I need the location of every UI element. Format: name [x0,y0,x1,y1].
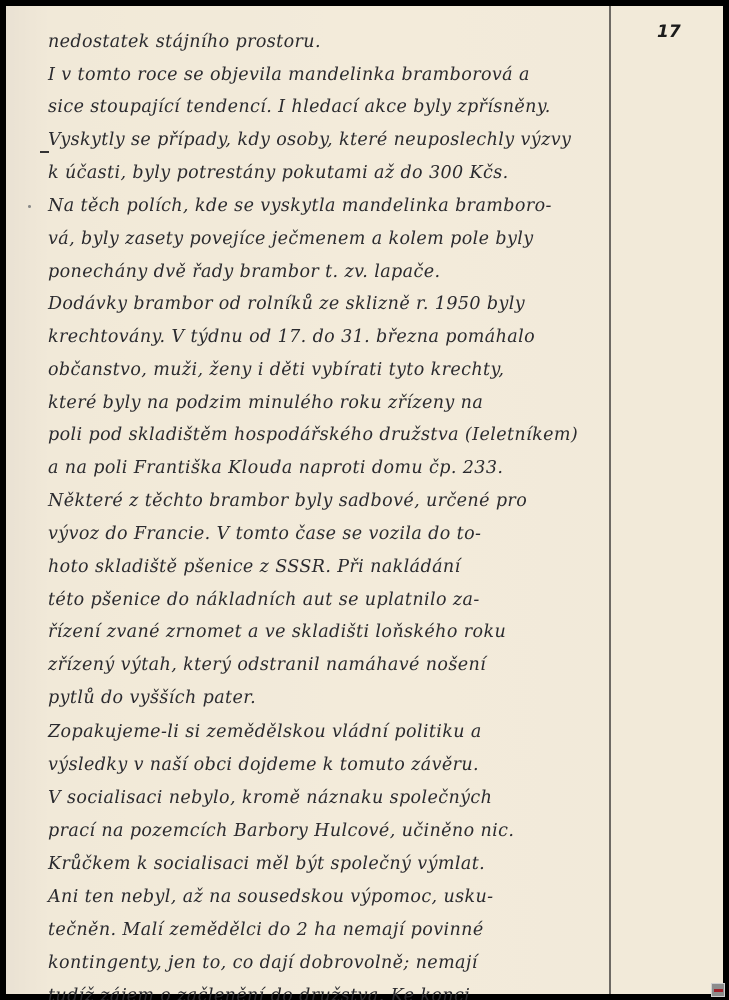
text-line: Krůčkem k socialisaci měl být společný v… [48,854,485,874]
page-number: 17 [657,22,681,42]
margin-mark [40,151,49,153]
text-line: vývoz do Francie. V tomto čase se vozila… [48,524,481,544]
text-line: vá, byly zasety povejíce ječmenem a kole… [48,229,534,249]
text-line: sice stoupající tendencí. I hledací akce… [48,97,551,117]
text-line: občanstvo, muži, ženy i děti vybírati ty… [48,360,504,380]
text-line: prací na pozemcích Barbory Hulcové, učin… [48,821,514,841]
minimize-bar [714,989,723,992]
text-line: ponechány dvě řady brambor t. zv. lapače… [48,262,440,282]
minimize-icon[interactable] [711,983,725,997]
text-line: výsledky v naší obci dojdeme k tomuto zá… [48,755,479,775]
text-line: Na těch polích, kde se vyskytla mandelin… [48,196,552,216]
text-line: Vyskytly se případy, kdy osoby, které ne… [48,130,571,150]
text-line: řízení zvané zrnomet a ve skladišti loňs… [48,622,506,642]
notebook-page: 17 nedostatek stájního prostoru. I v tom… [6,6,723,994]
text-line: nedostatek stájního prostoru. [48,32,321,52]
text-line: Dodávky brambor od rolníků ze sklizně r.… [48,294,525,314]
text-line: Ani ten nebyl, až na sousedskou výpomoc,… [48,887,494,907]
text-line: zřízený výtah, který odstranil namáhavé … [48,655,486,675]
text-line: tečněn. Malí zemědělci do 2 ha nemají po… [48,920,484,940]
text-line: a na poli Františka Klouda naproti domu … [48,458,503,478]
text-line: krechtovány. V týdnu od 17. do 31. březn… [48,327,535,347]
text-line: pytlů do vyšších pater. [48,688,256,708]
text-line: tudíž zájem o začlenění do družstva. Ke … [48,986,470,1000]
text-line: V socialisaci nebylo, kromě náznaku spol… [48,788,492,808]
text-line: Některé z těchto brambor byly sadbové, u… [48,491,527,511]
text-line: které byly na podzim minulého roku zříze… [48,393,483,413]
text-line: I v tomto roce se objevila mandelinka br… [48,65,530,85]
text-line: k účasti, byly potrestány pokutami až do… [48,163,509,183]
text-line: Zopakujeme-li si zemědělskou vládní poli… [48,722,482,742]
text-line: této pšenice do nákladních aut se uplatn… [48,590,480,610]
text-line: hoto skladiště pšenice z SSSR. Při naklá… [48,557,461,577]
margin-dot [28,205,31,208]
text-line: poli pod skladištěm hospodářského družst… [48,425,578,445]
text-line: kontingenty, jen to, co dají dobrovolně;… [48,953,478,973]
margin-rule [609,6,611,994]
